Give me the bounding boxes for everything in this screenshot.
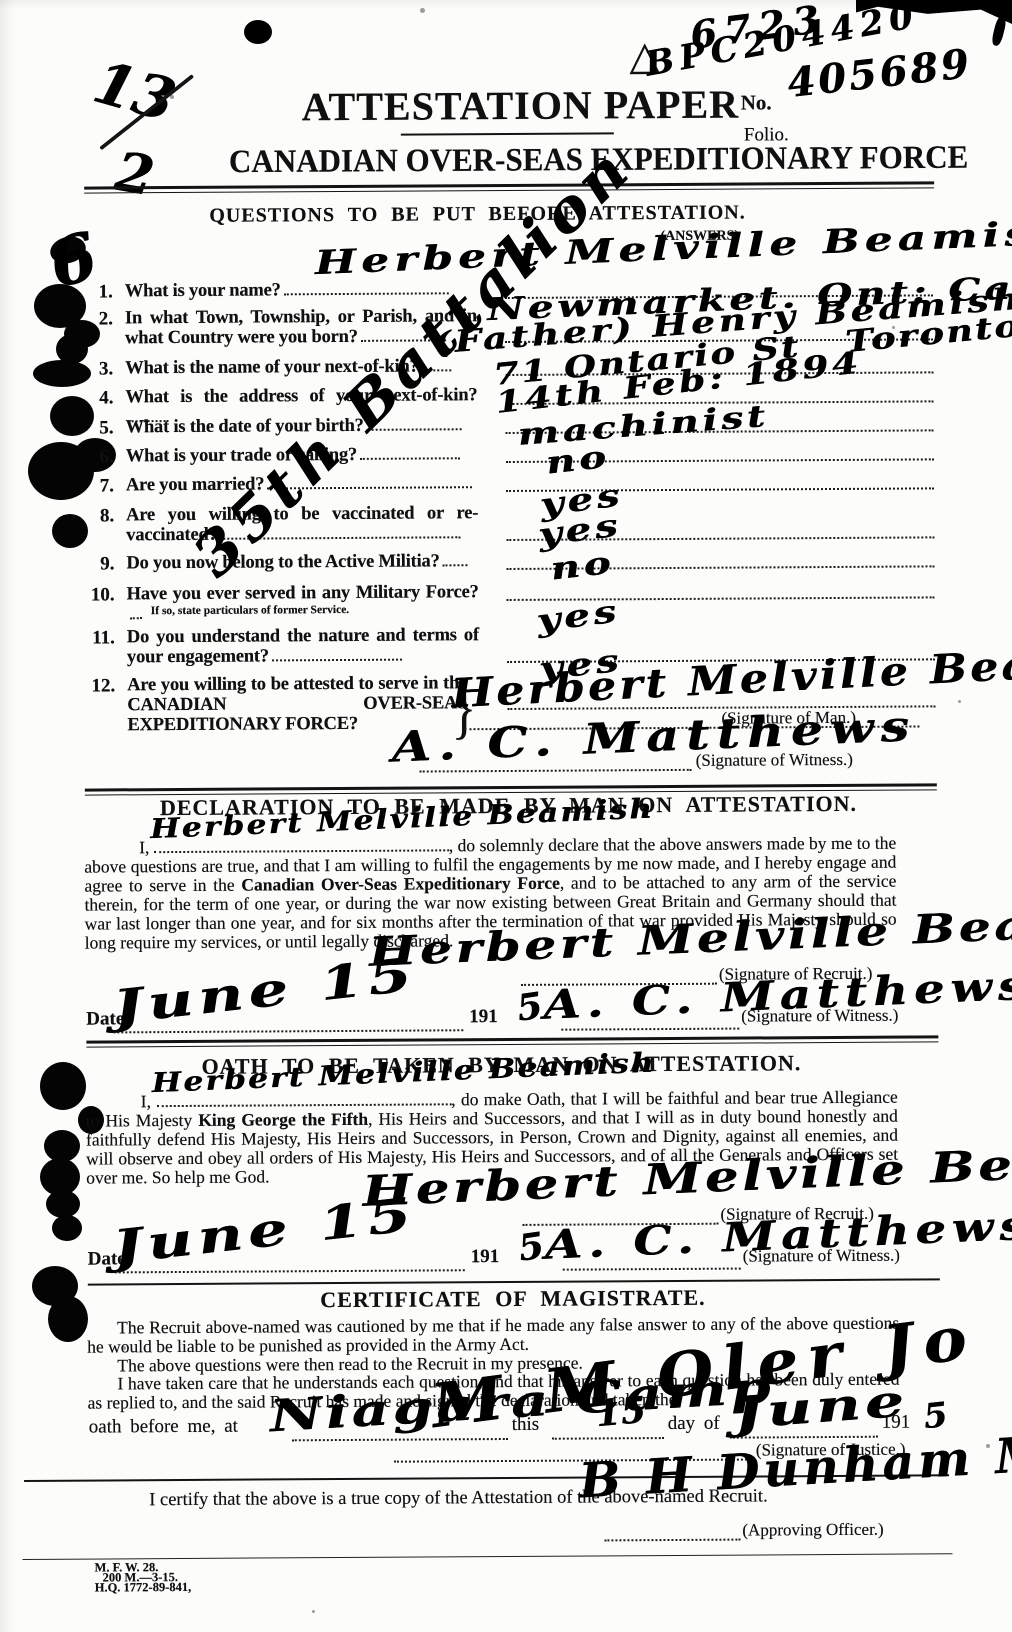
certificate-heading: CERTIFICATE OF MAGISTRATE. [303,1285,723,1314]
question-number: 12. [83,675,115,697]
section-divider [88,1278,940,1285]
oath-date-handwriting: June 15 [110,1187,419,1274]
dotted-leader [284,288,449,295]
title-rule [401,132,614,135]
question-number: 10. [83,584,115,606]
declaration-year-printed: 191 [469,1006,498,1028]
oath-before-me-text: oath before me, at [89,1416,238,1439]
no-label: No. [741,90,772,115]
question-note: If so, state particulars of former Servi… [151,604,349,617]
question-number: 5. [82,417,114,439]
question-number: 3. [81,358,113,380]
dotted-leader [360,453,460,460]
question-number: 2. [81,308,113,330]
declaration-year-handwriting: 5 [514,985,545,1030]
oath-witness-label: (Signature of Witness.) [743,1246,900,1267]
date-line [115,1269,465,1273]
section-divider [86,1035,938,1047]
question-number: 8. [82,505,114,527]
date-line [113,1029,463,1033]
page-title: ATTESTATION PAPER [302,81,682,130]
name-blank-line [154,845,449,853]
header-divider [84,181,934,193]
oath-year-printed: 191 [471,1246,500,1268]
signature-of-witness-label: (Signature of Witness.) [696,750,853,771]
dotted-leader [443,560,468,566]
attestation-paper-scan: 13 2 6 6723 △ BPC204420 405689 ATTESTATI… [0,0,1012,1632]
question-text: What is your name? [125,279,477,301]
questions-heading: QUESTIONS TO BE PUT BEFORE ATTESTATION. [209,202,739,228]
question-number: 9. [82,553,114,575]
question-number: 7. [82,475,114,497]
oath-bold-phrase: King George the Fifth [198,1109,368,1130]
declaration-witness-label: (Signature of Witness.) [741,1006,898,1027]
declaration-date-handwriting: June 15 [110,947,419,1034]
answer-handwriting: no [544,439,612,482]
dotted-leader [130,613,142,619]
question-text: Do you now belong to the Active Militia? [126,551,478,573]
question-text-content: Do you now belong to the Active Militia? [126,551,439,573]
question-text: Do you understand the nature and terms o… [127,625,479,667]
force-subtitle: CANADIAN OVER-SEAS EXPEDITIONARY FORCE [229,139,769,180]
declaration-lead-in: I, [139,837,149,857]
approving-officer-label: (Approving Officer.) [742,1520,883,1541]
oath-year-handwriting: 5 [516,1225,547,1270]
bottom-rule [23,1553,953,1560]
question-number: 6. [82,446,114,468]
answer-handwriting: no [549,545,617,588]
footer-line: H.Q. 1772-89-841, [95,1582,192,1593]
question-text-content: What is your name? [125,280,281,301]
day-line [552,1437,664,1440]
name-blank-line [156,1099,451,1107]
dotted-leader [272,655,402,662]
question-number: 4. [81,387,113,409]
signature-line [604,1539,740,1542]
year-handwriting: 5 [921,1395,949,1437]
question-number: 1. [81,281,113,303]
signature-line [563,1268,741,1271]
form-number-footer: M. F. W. 28. 200 M.—3-15. H.Q. 1772-89-8… [95,1562,192,1593]
signature-line [561,1028,739,1031]
signature-line [420,769,692,773]
margin-mark-handwriting: 2 [111,139,159,208]
question-number: 11. [83,627,115,649]
question-text-content: Have you ever served in any Military For… [127,582,479,604]
oath-lead-in: I, [141,1091,151,1111]
